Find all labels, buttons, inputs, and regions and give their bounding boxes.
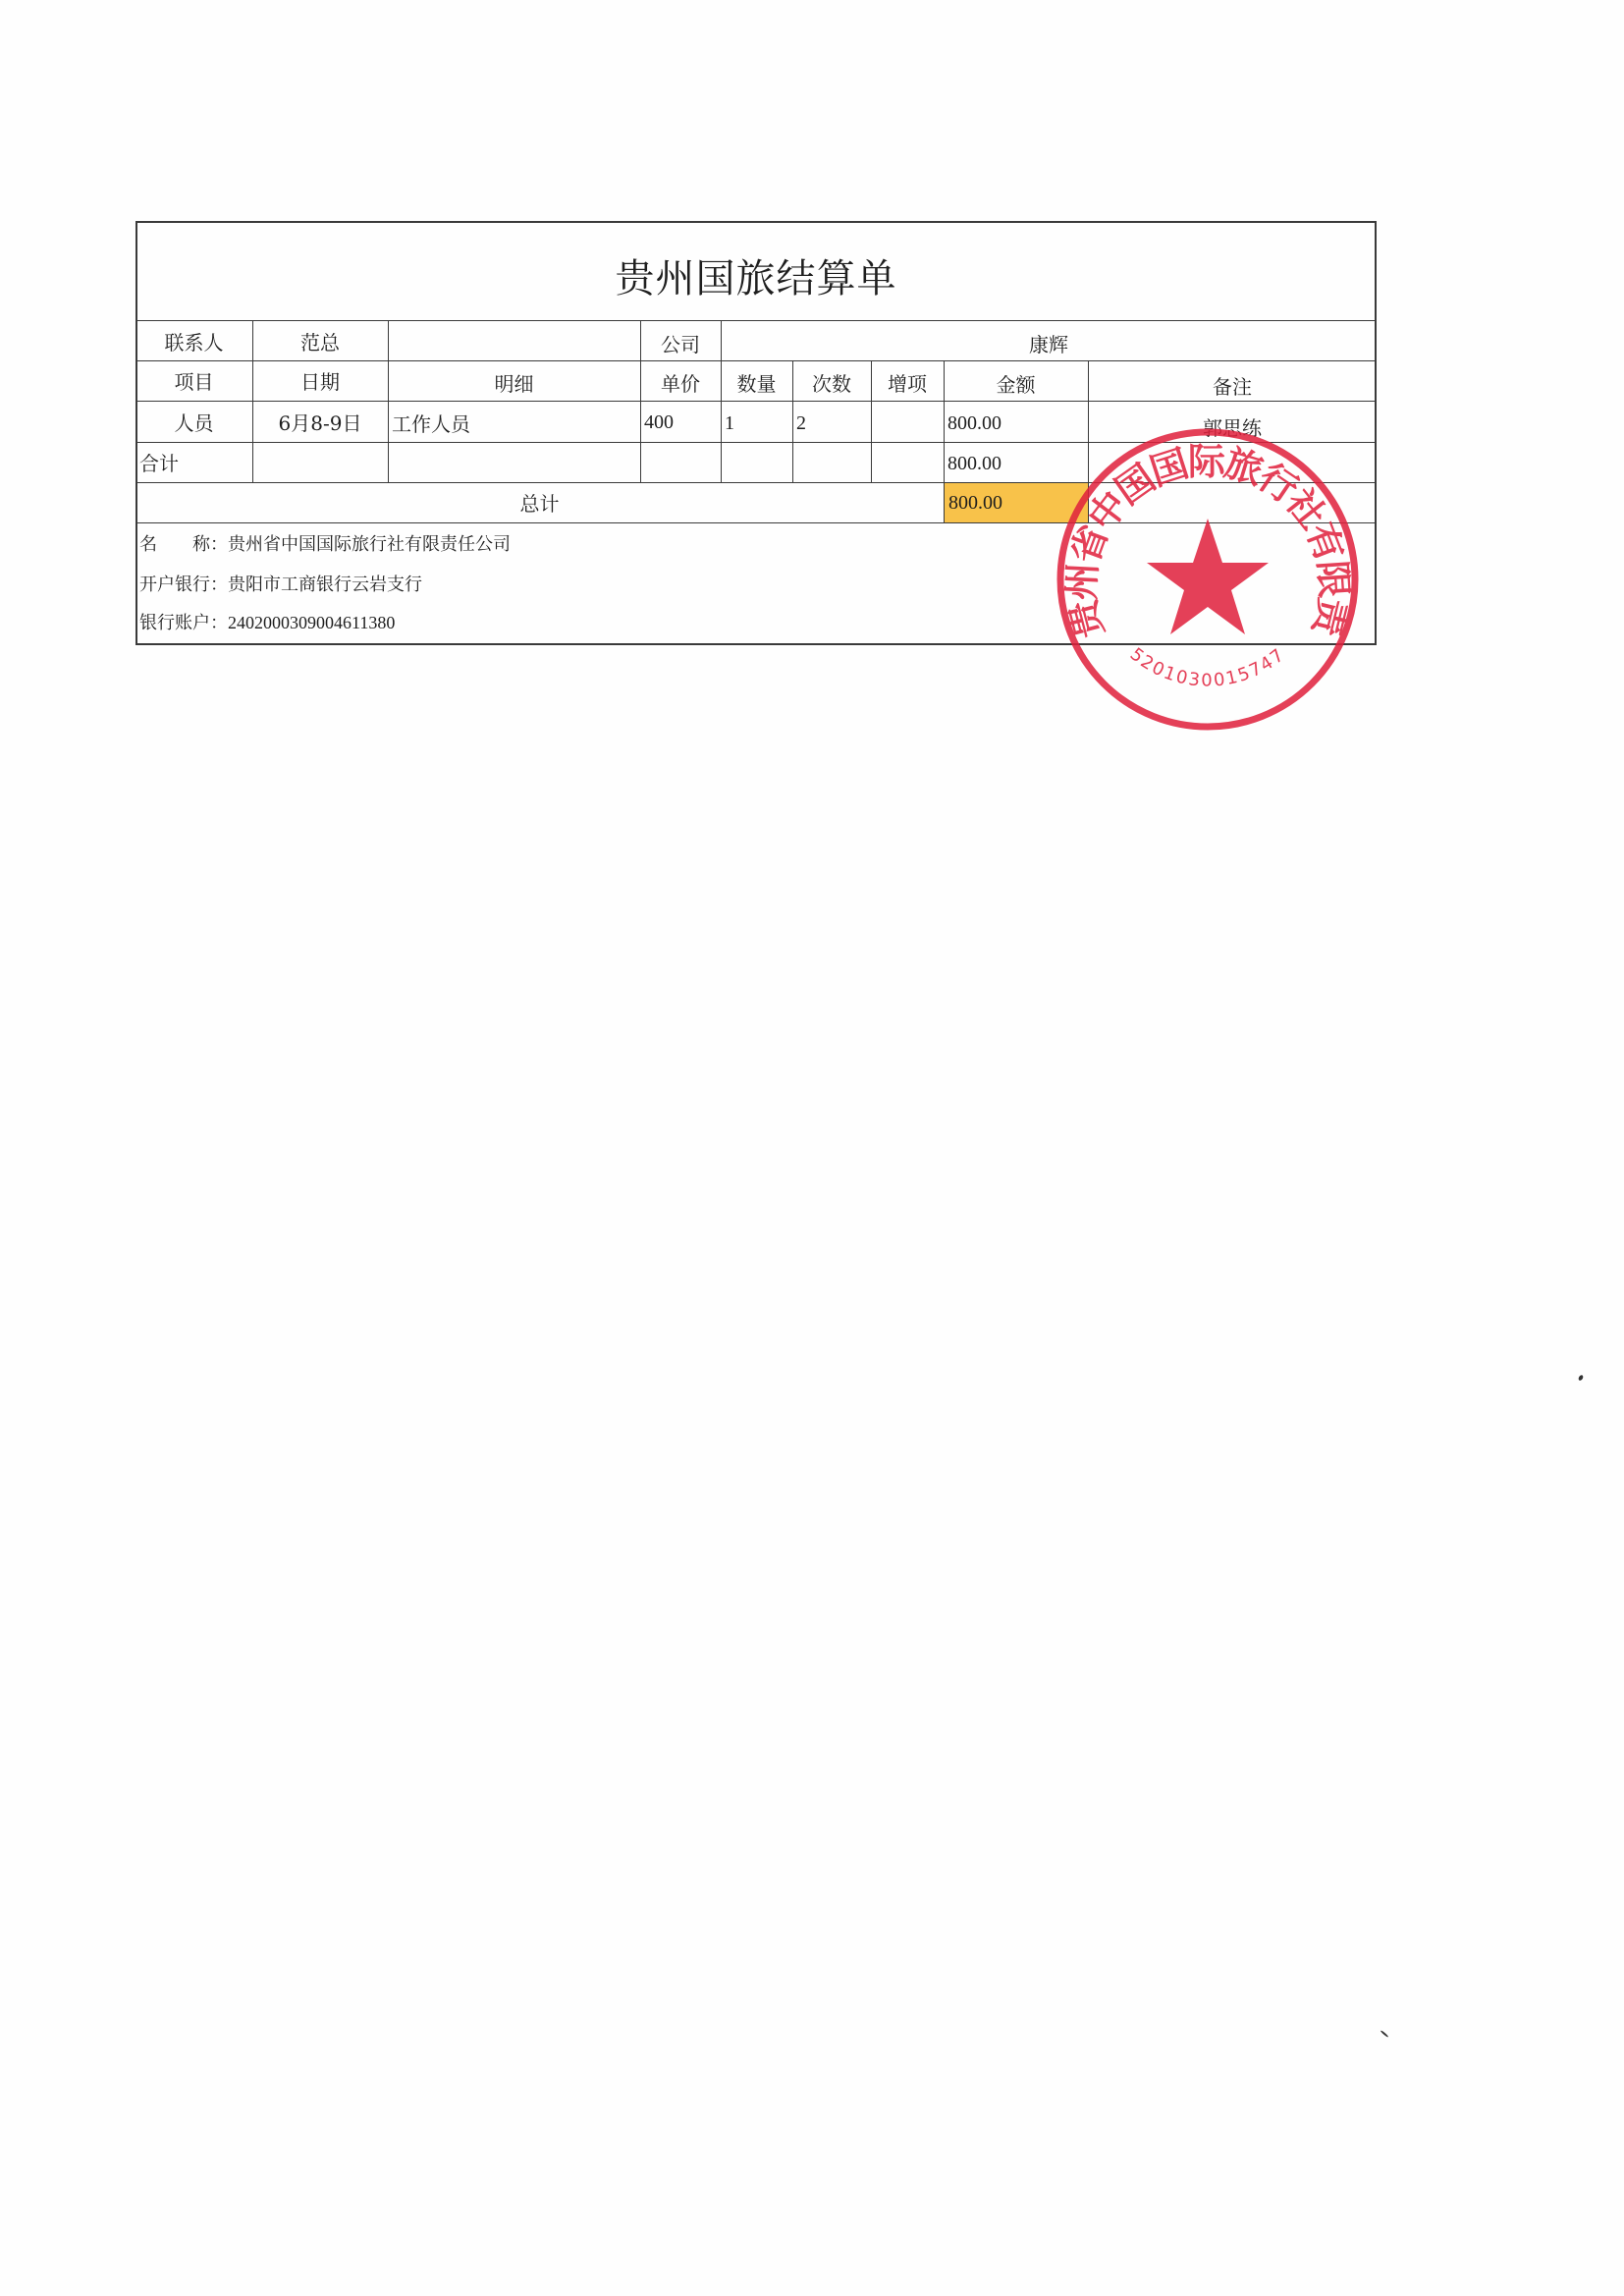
document-title: 贵州国旅结算单 [135,236,1377,314]
company-value: 康辉 [721,323,1377,362]
column-header-unit-price: 单价 [640,362,721,403]
column-header-detail: 明细 [388,362,640,403]
column-header-times: 次数 [792,362,871,403]
subtotal-label: 合计 [135,441,252,482]
column-header-quantity: 数量 [721,362,792,403]
row-unit-price: 400 [640,402,721,443]
row-date: 6月8-9日 [252,401,388,442]
column-header-remark: 备注 [1088,365,1377,406]
scan-speck [1380,2030,1389,2038]
row-detail: 工作人员 [388,402,640,443]
settlement-sheet: 贵州国旅结算单 联系人 范总 公司 康辉 项目 日期 明细 单价 数量 次数 增… [0,0,1624,2296]
account-value: 2402000309004611380 [228,613,395,632]
contact-value: 范总 [252,321,388,360]
bank-line: 开户银行：贵阳市工商银行云岩支行 [139,571,422,596]
column-header-item: 项目 [135,360,252,401]
company-label: 公司 [640,323,721,362]
total-label: 总计 [135,482,944,522]
bank-value: 贵阳市工商银行云岩支行 [228,574,422,595]
column-header-date: 日期 [252,360,388,401]
row-amount: 800.00 [944,403,1088,444]
subtotal-amount: 800.00 [944,443,1088,484]
column-header-amount: 金额 [944,363,1088,404]
account-label: 银行账户： [139,613,228,633]
company-name-line: 名 称：贵州省中国国际旅行社有限责任公司 [139,530,511,556]
row-extra [871,403,944,444]
row-remark: 郭思练 [1088,406,1377,447]
row-item: 人员 [135,401,252,442]
bank-label: 开户银行： [139,574,228,595]
account-line: 银行账户：2402000309004611380 [139,609,395,634]
total-amount: 800.00 [945,483,1088,522]
column-header-extra: 增项 [871,362,944,403]
company-name-label: 名 称： [139,534,228,555]
svg-text:5201030015747: 5201030015747 [1126,644,1289,691]
scan-speck [1578,1374,1584,1381]
row-times: 2 [792,403,871,444]
seal-code: 5201030015747 [1126,644,1289,691]
company-name-value: 贵州省中国国际旅行社有限责任公司 [228,534,511,555]
contact-label: 联系人 [135,321,252,360]
divider [135,522,1377,523]
row-quantity: 1 [721,403,792,444]
